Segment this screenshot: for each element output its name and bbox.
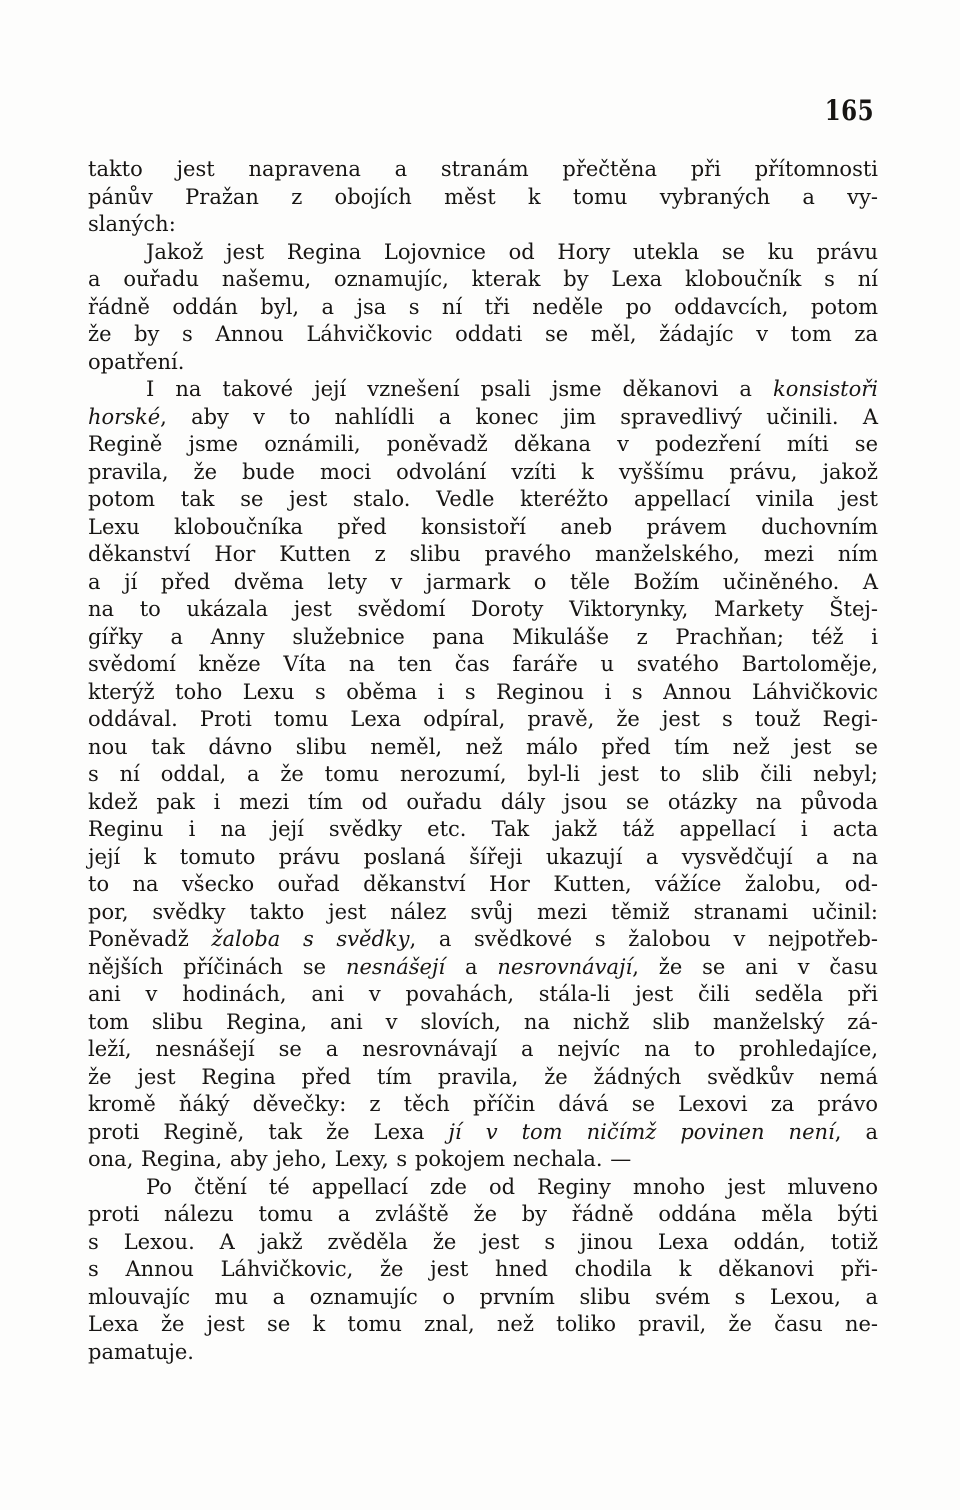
- text-line: I na takové její vznešení psali jsme děk…: [88, 376, 878, 404]
- text-line: mlouvajíc mu a oznamujíc o prvním slibu …: [88, 1284, 878, 1312]
- text-line: ani v hodinách, ani v povahách, stála-li…: [88, 981, 878, 1009]
- text-line: na to ukázala jest svědomí Doroty Viktor…: [88, 596, 878, 624]
- text-line: kromě ňáký děvečky: z těch příčin dává s…: [88, 1091, 878, 1119]
- text-line: nou tak dávno slibu neměl, než málo před…: [88, 734, 878, 762]
- text-line: pravila, že bude moci odvolání vzíti k v…: [88, 459, 878, 487]
- text-line: že by s Annou Láhvičkovic oddati se měl,…: [88, 321, 878, 349]
- text-line: Lexu kloboučníka před konsistoří aneb pr…: [88, 514, 878, 542]
- text-line: proti Regině, tak že Lexa jí v tom ničím…: [88, 1119, 878, 1147]
- text-line: proti nálezu tomu a zvláště že by řádně …: [88, 1201, 878, 1229]
- text-line: pamatuje.: [88, 1339, 878, 1367]
- text-line: Lexa že jest se k tomu znal, než toliko …: [88, 1311, 878, 1339]
- text-line: Po čtění té appellací zde od Reginy mnoh…: [88, 1174, 878, 1202]
- text-block: takto jest napravena a stranám přečtěna …: [88, 156, 878, 1366]
- book-page: 165 takto jest napravena a stranám přečt…: [0, 0, 960, 1510]
- text-line: oddával. Proti tomu Lexa odpíral, pravě,…: [88, 706, 878, 734]
- text-line: řádně oddán byl, a jsa s ní tři neděle p…: [88, 294, 878, 322]
- text-line: svědomí kněze Víta na ten čas faráře u s…: [88, 651, 878, 679]
- text-line: že jest Regina před tím pravila, že žádn…: [88, 1064, 878, 1092]
- text-line: děkanství Hor Kutten z slibu pravého man…: [88, 541, 878, 569]
- text-line: pánův Pražan z obojích měst k tomu vybra…: [88, 184, 878, 212]
- text-line: Reginu i na její svědky etc. Tak jakž tá…: [88, 816, 878, 844]
- text-line: nějších příčinách se nesnášejí a nesrovn…: [88, 954, 878, 982]
- text-line: ona, Regina, aby jeho, Lexy, s pokojem n…: [88, 1146, 878, 1174]
- text-line: Jakož jest Regina Lojovnice od Hory utek…: [88, 239, 878, 267]
- text-line: a jí před dvěma lety v jarmark o těle Bo…: [88, 569, 878, 597]
- text-line: kdež pak i mezi tím od ouřadu dály jsou …: [88, 789, 878, 817]
- paragraph: I na takové její vznešení psali jsme děk…: [88, 376, 878, 1174]
- text-line: a ouřadu našemu, oznamujíc, kterak by Le…: [88, 266, 878, 294]
- text-line: potom tak se jest stalo. Vedle kteréžto …: [88, 486, 878, 514]
- text-line: takto jest napravena a stranám přečtěna …: [88, 156, 878, 184]
- text-line: leží, nesnášejí se a nesrovnávají a nejv…: [88, 1036, 878, 1064]
- text-line: opatření.: [88, 349, 878, 377]
- text-line: její k tomuto právu poslaná šířeji ukazu…: [88, 844, 878, 872]
- text-line: tom slibu Regina, ani v slovích, na nich…: [88, 1009, 878, 1037]
- text-line: kterýž toho Lexu s oběma i s Reginou i s…: [88, 679, 878, 707]
- paragraph: takto jest napravena a stranám přečtěna …: [88, 156, 878, 239]
- text-line: s ní oddal, a že tomu nerozumí, byl-li j…: [88, 761, 878, 789]
- text-line: Regině jsme oznámili, poněvadž děkana v …: [88, 431, 878, 459]
- text-line: Poněvadž žaloba s svědky, a svědkové s ž…: [88, 926, 878, 954]
- page-number: 165: [825, 94, 874, 127]
- paragraph: Po čtění té appellací zde od Reginy mnoh…: [88, 1174, 878, 1367]
- paragraph: Jakož jest Regina Lojovnice od Hory utek…: [88, 239, 878, 377]
- text-line: horské, aby v to nahlídli a konec jim sp…: [88, 404, 878, 432]
- text-line: slaných:: [88, 211, 878, 239]
- text-line: por, svědky takto jest nález svůj mezi t…: [88, 899, 878, 927]
- text-line: s Lexou. A jakž zvěděla že jest s jinou …: [88, 1229, 878, 1257]
- text-line: to na všecko ouřad děkanství Hor Kutten,…: [88, 871, 878, 899]
- text-line: gířky a Anny služebnice pana Mikuláše z …: [88, 624, 878, 652]
- text-line: s Annou Láhvičkovic, že jest hned chodil…: [88, 1256, 878, 1284]
